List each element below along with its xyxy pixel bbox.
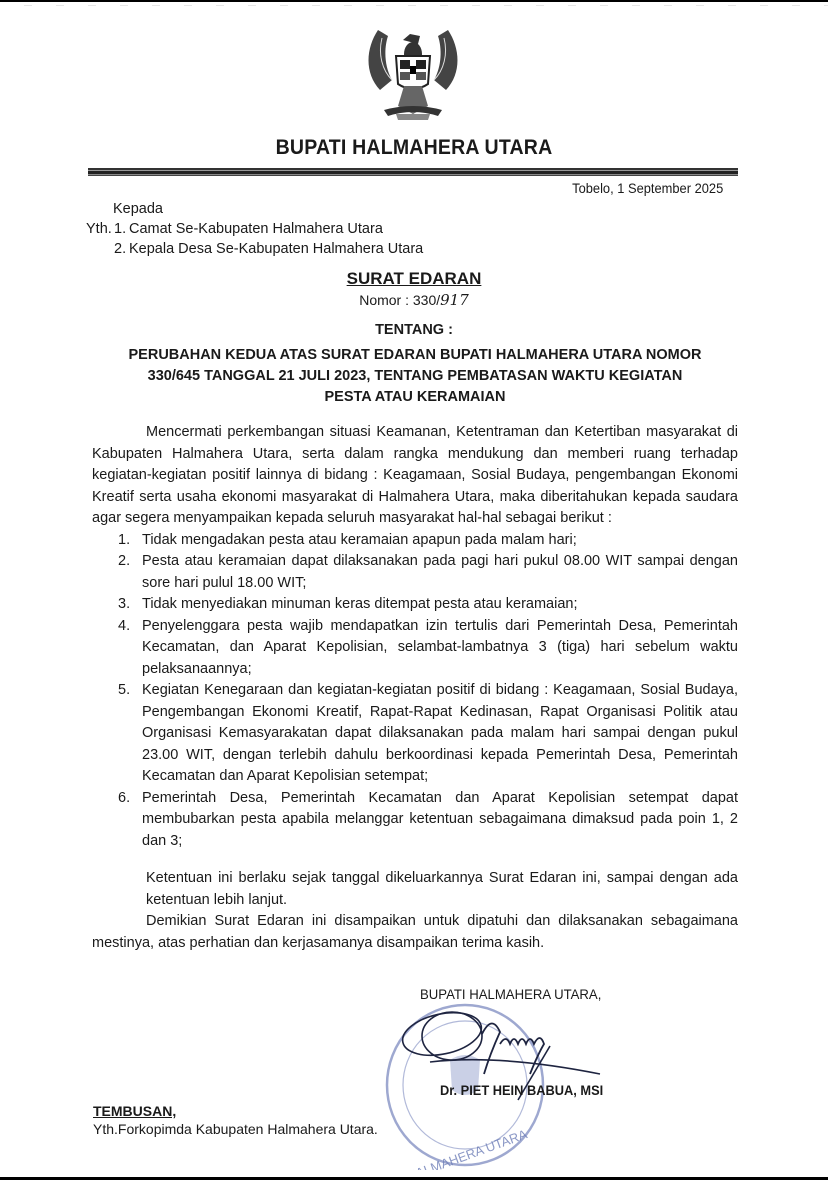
list-item: 3.Tidak menyediakan minuman keras ditemp…	[118, 594, 738, 616]
recipient-name: Kepala Desa Se-Kabupaten Halmahera Utara	[129, 239, 423, 259]
letter-date: Tobelo, 1 September 2025	[572, 180, 723, 196]
list-item: 6.Pemerintah Desa, Pemerintah Kecamatan …	[118, 788, 738, 853]
tembusan-heading: TEMBUSAN,	[93, 1103, 176, 1119]
document-number: Nomor : 330/917	[0, 291, 828, 309]
list-item: 5.Kegiatan Kenegaraan dan kegiatan-kegia…	[118, 680, 738, 788]
document-title: SURAT EDARAN	[0, 269, 828, 289]
signatory-title: BUPATI HALMAHERA UTARA,	[420, 986, 601, 1002]
recipient-number: 1.	[114, 219, 129, 239]
letterhead-title: BUPATI HALMAHERA UTARA	[29, 136, 799, 160]
recipient-item: 2. Kepala Desa Se-Kabupaten Halmahera Ut…	[86, 239, 423, 259]
top-frame-border	[0, 0, 828, 2]
subject-line: PERUBAHAN KEDUA ATAS SURAT EDARAN BUPATI…	[80, 345, 750, 366]
recipient-number: 2.	[114, 239, 129, 259]
subject: PERUBAHAN KEDUA ATAS SURAT EDARAN BUPATI…	[80, 345, 750, 408]
letterhead-rule	[88, 167, 738, 177]
list-item: 2.Pesta atau keramaian dapat dilaksanaka…	[118, 551, 738, 594]
top-dashed-line	[0, 5, 828, 6]
closing-paragraph-2: Demikian Surat Edaran ini disampaikan un…	[92, 911, 738, 954]
signatory-name: Dr. PIET HEIN BABUA, MSI	[440, 1083, 603, 1098]
recipient-item: Yth. 1. Camat Se-Kabupaten Halmahera Uta…	[86, 219, 423, 239]
letter-body: Mencermati perkembangan situasi Keamanan…	[92, 422, 738, 954]
kepada-label: Kepada	[113, 201, 163, 217]
subject-line: PESTA ATAU KERAMAIAN	[80, 387, 750, 408]
tentang-label: TENTANG :	[0, 322, 828, 338]
list-item: 4.Penyelenggara pesta wajib mendapatkan …	[118, 616, 738, 681]
nomor-label: Nomor : 330/	[359, 292, 440, 308]
nomor-handwritten: 917	[440, 291, 469, 309]
tembusan-text: Yth.Forkopimda Kabupaten Halmahera Utara…	[93, 1121, 378, 1137]
instruction-list: 1.Tidak mengadakan pesta atau keramaian …	[92, 530, 738, 853]
subject-line: 330/645 TANGGAL 21 JULI 2023, TENTANG PE…	[80, 366, 750, 387]
garuda-emblem-icon	[358, 18, 468, 128]
intro-paragraph: Mencermati perkembangan situasi Keamanan…	[92, 422, 738, 530]
list-item: 1.Tidak mengadakan pesta atau keramaian …	[118, 530, 738, 552]
yth-label: Yth.	[86, 219, 114, 239]
recipient-name: Camat Se-Kabupaten Halmahera Utara	[129, 219, 383, 239]
recipient-list: Yth. 1. Camat Se-Kabupaten Halmahera Uta…	[86, 219, 423, 259]
closing-paragraph-1: Ketentuan ini berlaku sejak tanggal dike…	[146, 868, 738, 911]
